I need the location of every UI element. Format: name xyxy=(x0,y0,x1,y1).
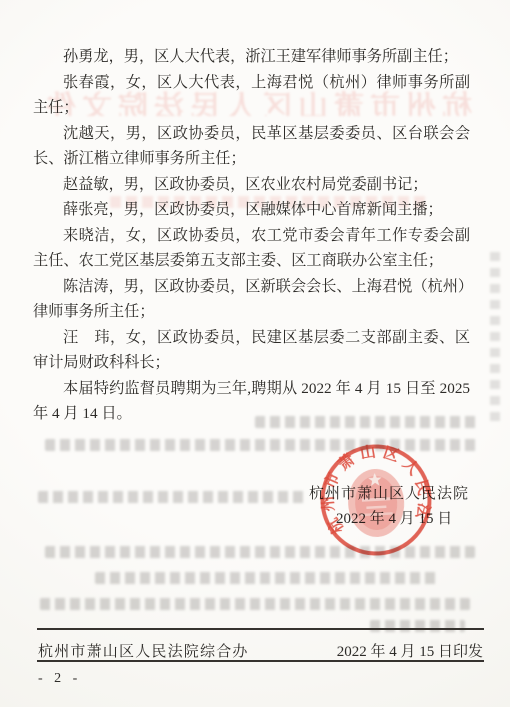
bleedthrough-artifact xyxy=(490,252,500,427)
footer-top-rule xyxy=(37,628,484,630)
document-line: 年 4 月 14 日。 xyxy=(33,401,470,427)
document-line: 审计局财政科科长； xyxy=(33,350,470,376)
bleedthrough-artifact xyxy=(370,620,465,632)
official-seal-stamp: 杭州市萧山区人民法院 xyxy=(311,435,441,565)
document-line: 长、浙江楷立律师事务所主任； xyxy=(33,146,470,172)
document-line: 律师事务所主任； xyxy=(33,299,470,325)
document-line: 本届特约监督员聘期为三年,聘期从 2022 年 4 月 15 日至 2025 xyxy=(33,376,470,402)
footer-issuing-office: 杭州市萧山区人民法院综合办 xyxy=(38,640,249,661)
document-line: 主任； xyxy=(33,95,470,121)
document-line: 来晓洁，女，区政协委员，农工党市委会青年工作专委会副 xyxy=(33,223,470,249)
scanned-document-page: 杭州市萧山区人民法院文件 孙勇龙，男，区人大代表，浙江王建军律师事务所副主任；张… xyxy=(0,0,510,707)
document-line: 孙勇龙，男，区人大代表，浙江王建军律师事务所副主任； xyxy=(33,44,470,70)
document-line: 陈洁涛，男，区政协委员，区新联会会长、上海君悦（杭州） xyxy=(33,274,470,300)
footer-bottom-rule xyxy=(37,660,484,662)
document-body: 孙勇龙，男，区人大代表，浙江王建军律师事务所副主任；张春霞，女，区人大代表，上海… xyxy=(33,44,470,427)
document-line: 薛张亮，男，区政协委员，区融媒体中心首席新闻主播； xyxy=(33,197,470,223)
bleedthrough-artifact xyxy=(40,598,470,610)
footer-print-date: 2022 年 4 月 15 日印发 xyxy=(337,640,483,661)
page-number: - 2 - xyxy=(38,671,81,687)
national-emblem xyxy=(346,468,405,539)
document-line: 沈越天，男，区政协委员，民革区基层委委员、区台联会会 xyxy=(33,121,470,147)
document-line: 汪 玮，女，区政协委员，民建区基层委二支部副主委、区 xyxy=(33,325,470,351)
document-line: 张春霞，女，区人大代表，上海君悦（杭州）律师事务所副 xyxy=(33,70,470,96)
document-line: 主任、农工党区基层委第五支部主委、区工商联办公室主任； xyxy=(33,248,470,274)
document-line: 赵益敏，男，区政协委员，区农业农村局党委副书记； xyxy=(33,172,470,198)
bleedthrough-artifact xyxy=(95,572,440,584)
bleedthrough-artifact xyxy=(38,491,306,503)
